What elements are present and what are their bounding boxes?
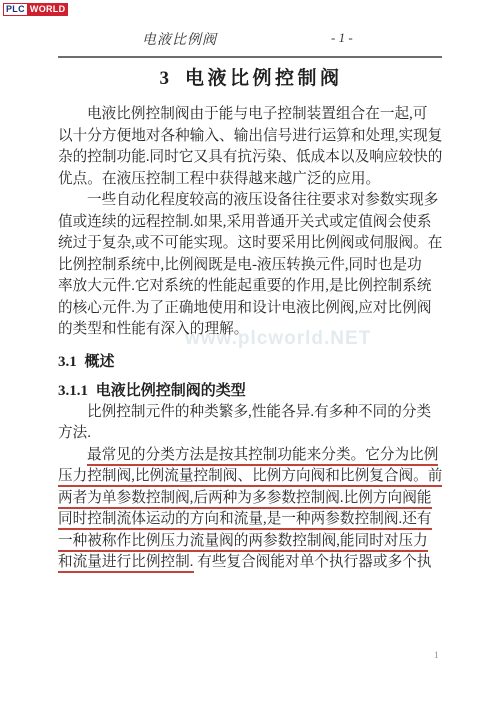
paragraph-line-underlined: 压力控制阀,比例流量控制阀、比例方向阀和比例复合阀。前 bbox=[58, 466, 444, 488]
paragraph-line: 值或连续的远程控制.如果,采用普通开关式或定值阀会使系 bbox=[58, 212, 444, 234]
paragraph-2: 一些自动化程度较高的液压设备往往要求对参数实现多 值或连续的远程控制.如果,采用… bbox=[58, 190, 444, 341]
logo-plc-text: PLC bbox=[3, 3, 28, 16]
document-body: 3电液比例控制阀 电液比例控制阀由于能与电子控制装置组合在一起,可 以十分方便地… bbox=[58, 66, 444, 574]
footer-page-number: 1 bbox=[434, 650, 439, 660]
paragraph-line-partial-underline: 和流量进行比例控制. 有些复合阀能对单个执行器或多个执 bbox=[58, 552, 444, 574]
red-underline-annotation: 最常见的分类方法是按其控制功能来分类。它分为比例 bbox=[87, 447, 438, 466]
paragraph-1: 电液比例控制阀由于能与电子控制装置组合在一起,可 以十分方便地对各种输入、输出信… bbox=[58, 104, 444, 190]
logo-world-text: WORLD bbox=[28, 3, 69, 16]
running-header-page-marker: - 1 - bbox=[331, 30, 353, 46]
paragraph-3: 比例控制元件的种类繁多,性能各异.有多种不同的分类 方法. bbox=[58, 402, 444, 445]
paragraph-line-rest: 有些复合阀能对单个执行器或多个执 bbox=[194, 554, 432, 570]
paragraph-line: 比例控制元件的种类繁多,性能各异.有多种不同的分类 bbox=[58, 402, 444, 424]
chapter-number: 3 bbox=[159, 68, 169, 89]
paragraph-line-underlined: 同时控制流体运动的方向和流量,是一种两参数控制阀.还有 bbox=[58, 509, 444, 531]
paragraph-line: 率放大元件.它对系统的性能起重要的作用,是比例控制系统 bbox=[58, 276, 444, 298]
paragraph-line: 的核心元件.为了正确地使用和设计电液比例阀,应对比例阀 bbox=[58, 298, 444, 320]
chapter-title: 3电液比例控制阀 bbox=[58, 66, 444, 92]
paragraph-line-underlined: 两者为单参数控制阀,后两种为多参数控制阀.比例方向阀能 bbox=[58, 488, 444, 510]
plc-world-logo: PLC WORLD bbox=[3, 3, 68, 16]
section-heading-3-1-1: 3.1.1 电液比例控制阀的类型 bbox=[58, 380, 444, 402]
paragraph-line-underlined: 一种被称作比例压力流量阀的两参数控制阀,能同时对压力 bbox=[58, 531, 444, 553]
red-underline-annotation: 一种被称作比例压力流量阀的两参数控制阀,能同时对压力 bbox=[58, 533, 428, 552]
section-heading-3-1: 3.1 概述 bbox=[58, 351, 444, 373]
red-underline-annotation: 和流量进行比例控制. bbox=[58, 554, 194, 573]
paragraph-4: 最常见的分类方法是按其控制功能来分类。它分为比例 压力控制阀,比例流量控制阀、比… bbox=[58, 445, 444, 574]
paragraph-line: 一些自动化程度较高的液压设备往往要求对参数实现多 bbox=[58, 190, 444, 212]
running-header-title: 电液比例阀 bbox=[142, 29, 217, 49]
paragraph-line: 方法. bbox=[58, 423, 444, 445]
red-underline-annotation: 压力控制阀,比例流量控制阀、比例方向阀和比例复合阀。前 bbox=[58, 468, 442, 487]
paragraph-line: 统过于复杂,或不可能实现。这时要采用比例阀或伺服阀。在 bbox=[58, 233, 444, 255]
paragraph-line: 以十分方便地对各种输入、输出信号进行运算和处理,实现复 bbox=[58, 126, 444, 148]
paragraph-line: 的类型和性能有深入的理解。 bbox=[58, 319, 444, 341]
red-underline-annotation: 同时控制流体运动的方向和流量,是一种两参数控制阀.还有 bbox=[58, 511, 432, 530]
chapter-title-text: 电液比例控制阀 bbox=[185, 68, 343, 89]
paragraph-line: 杂的控制功能.同时它又具有抗污染、低成本以及响应较快的 bbox=[58, 147, 444, 169]
paragraph-line: 优点。在液压控制工程中获得越来越广泛的应用。 bbox=[58, 169, 444, 191]
paragraph-line: 比例控制系统中,比例阀既是电-液压转换元件,同时也是功 bbox=[58, 255, 444, 277]
red-underline-annotation: 两者为单参数控制阀,后两种为多参数控制阀.比例方向阀能 bbox=[58, 490, 432, 509]
header-rule bbox=[58, 56, 442, 58]
paragraph-line-underlined: 最常见的分类方法是按其控制功能来分类。它分为比例 bbox=[58, 445, 444, 467]
document-page: PLC WORLD 电液比例阀 - 1 - www.plcworld.NET 3… bbox=[0, 0, 500, 706]
paragraph-line: 电液比例控制阀由于能与电子控制装置组合在一起,可 bbox=[58, 104, 444, 126]
